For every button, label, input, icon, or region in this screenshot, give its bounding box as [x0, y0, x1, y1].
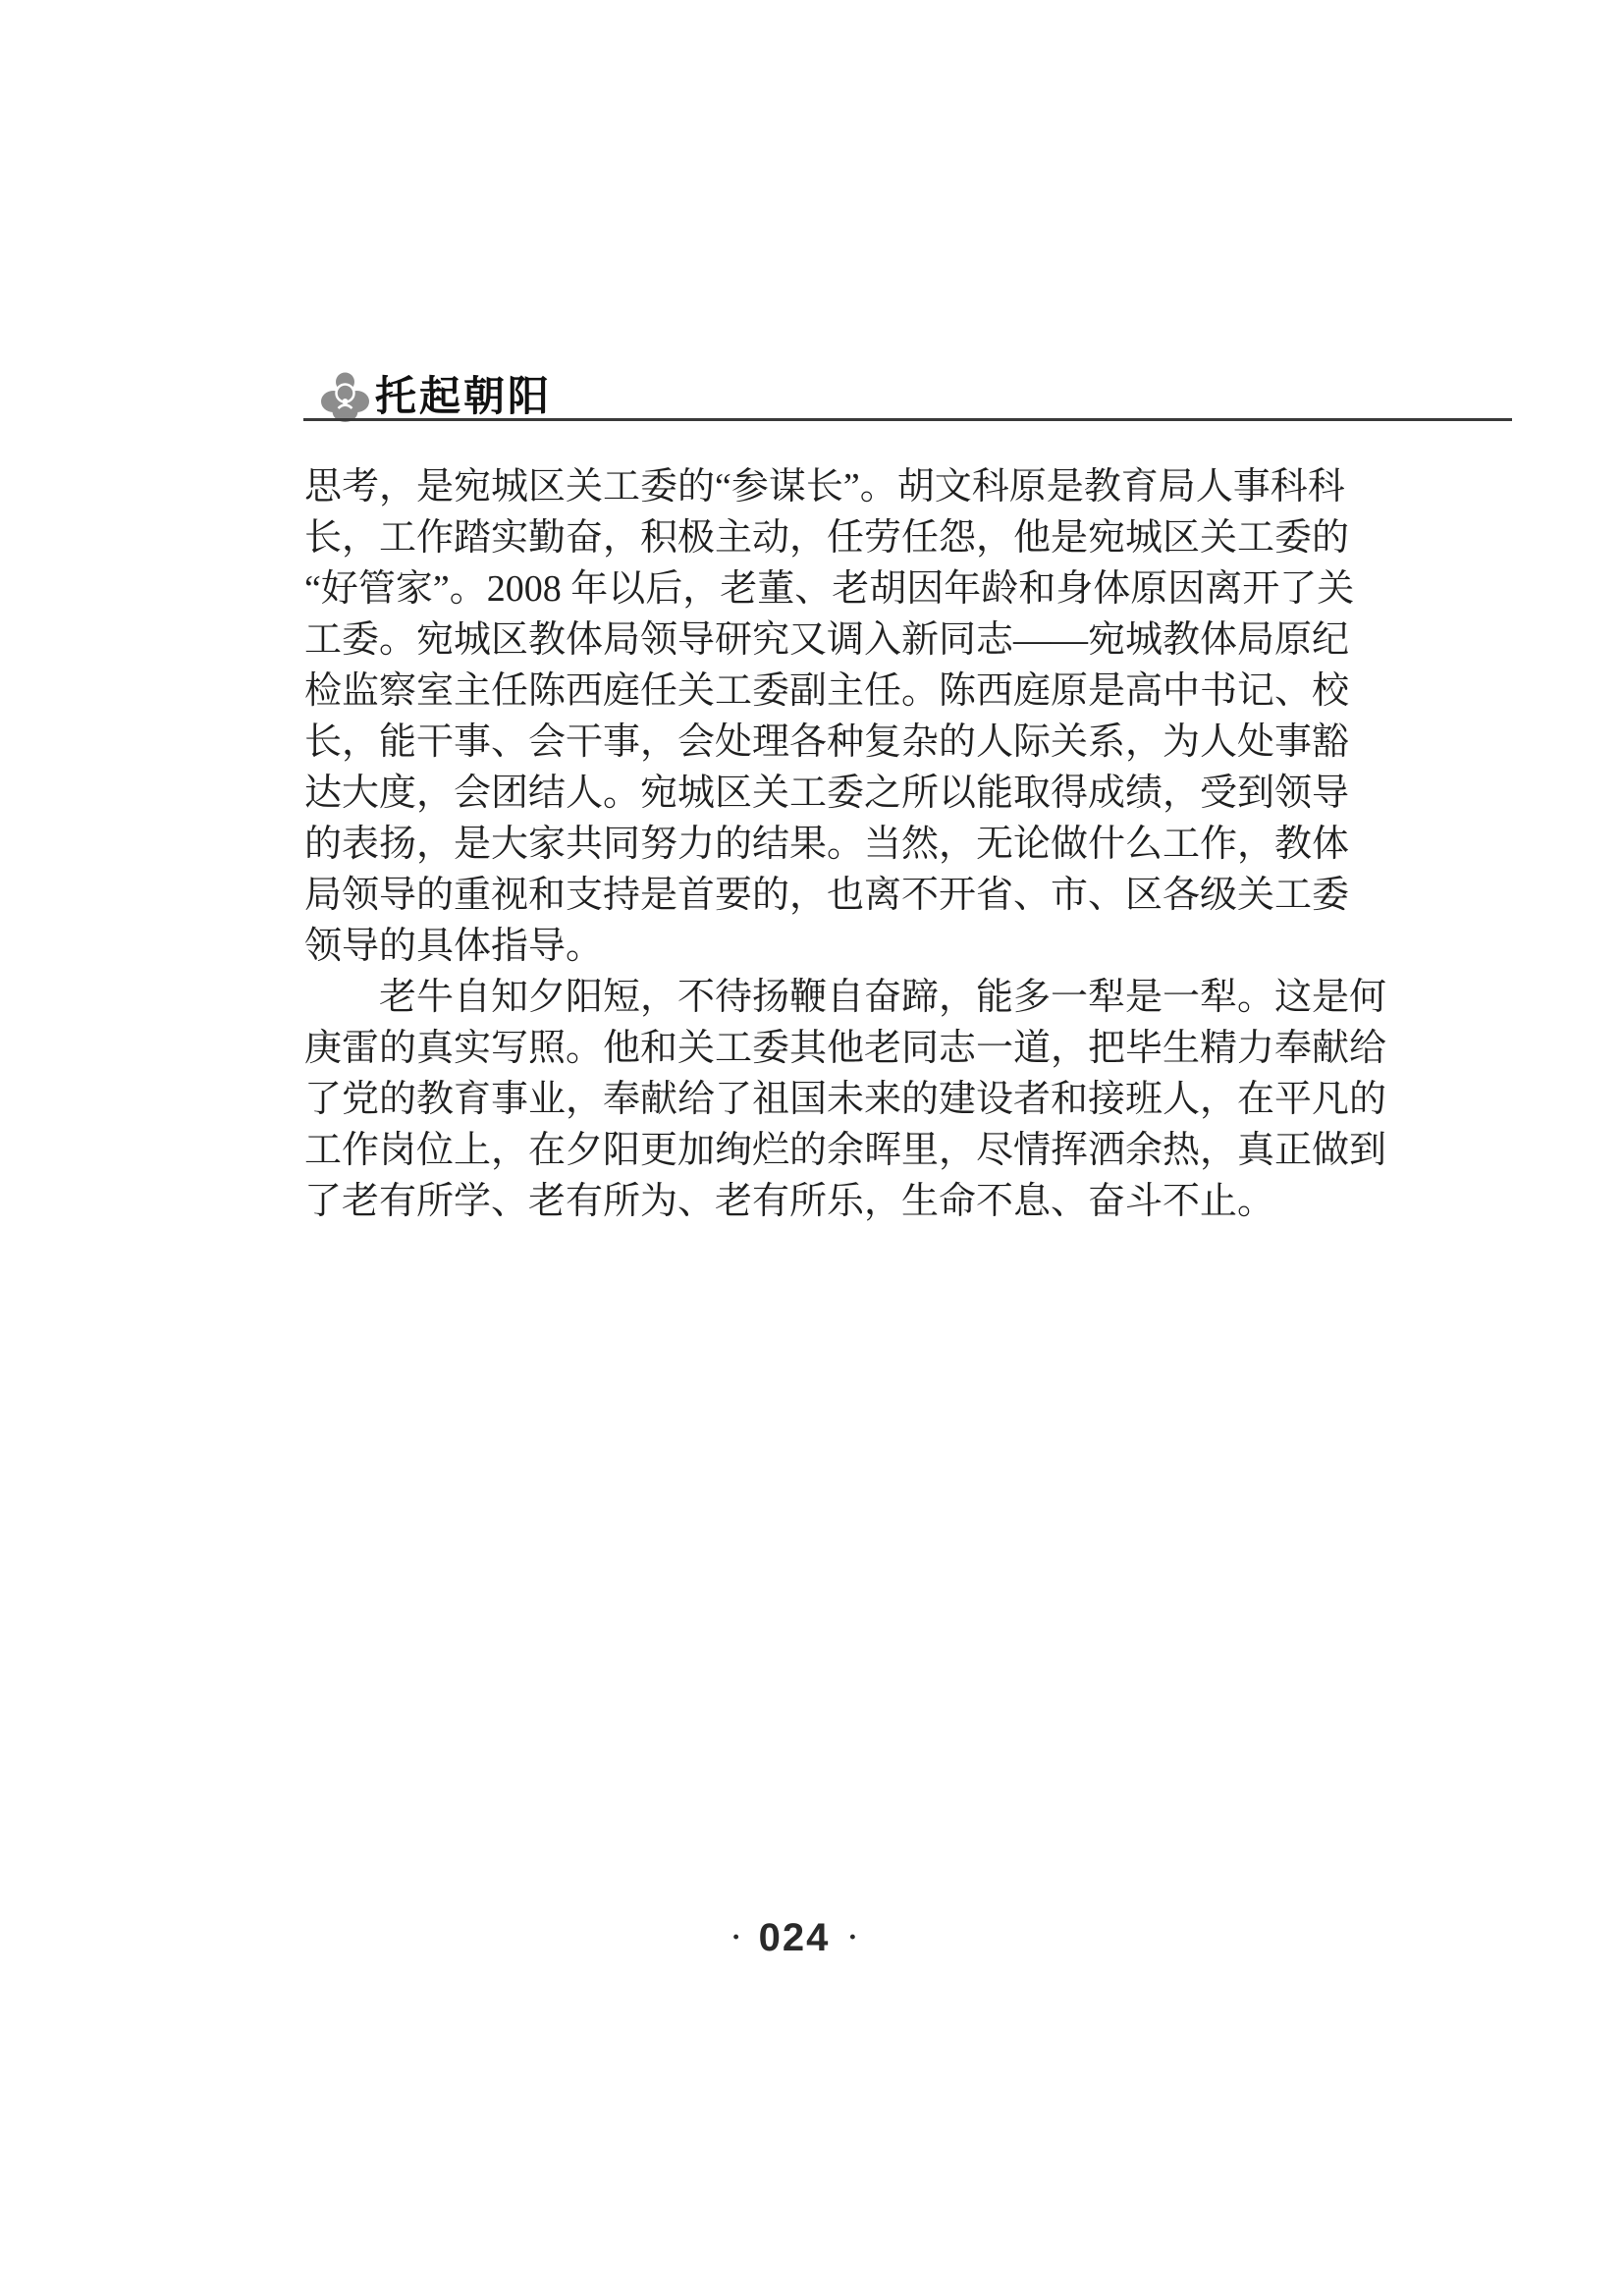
body-text: 思考，是宛城区关工委的“参谋长”。胡文科原是教育局人事科科 长，工作踏实勤奋，积… [304, 461, 1284, 1227]
page-number-right-dot: · [847, 1921, 857, 1953]
text-line: 长，能干事、会干事，会处理各种复杂的人际关系，为人处事豁 [304, 717, 1284, 768]
text-line-paragraph-end: 领导的具体指导。 [304, 921, 1284, 972]
text-line: 长，工作踏实勤奋，积极主动，任劳任怨，他是宛城区关工委的 [304, 512, 1284, 563]
page-number: 024 [759, 1916, 831, 1959]
footer-page-number: ·024· [304, 1916, 1284, 1960]
text-line: 工委。宛城区教体局领导研究又调入新同志——宛城教体局原纪 [304, 614, 1284, 666]
text-line: 思考，是宛城区关工委的“参谋长”。胡文科原是教育局人事科科 [304, 461, 1284, 512]
page-number-left-dot: · [731, 1921, 741, 1953]
text-line-paragraph-start: 老牛自知夕阳短，不待扬鞭自奋蹄，能多一犁是一犁。这是何 [304, 972, 1284, 1023]
page-header-title: 托起朝阳 [375, 376, 552, 419]
children-care-emblem-icon [321, 372, 369, 423]
text-line: 庚雷的真实写照。他和关工委其他老同志一道，把毕生精力奉献给 [304, 1023, 1284, 1074]
text-line: 了党的教育事业，奉献给了祖国未来的建设者和接班人，在平凡的 [304, 1074, 1284, 1125]
header-rule-line [303, 418, 1512, 421]
text-line: 局领导的重视和支持是首要的，也离不开省、市、区各级关工委 [304, 870, 1284, 921]
text-line-paragraph-end: 了老有所学、老有所为、老有所乐，生命不息、奋斗不止。 [304, 1176, 1284, 1227]
text-line: 的表扬，是大家共同努力的结果。当然，无论做什么工作，教体 [304, 819, 1284, 870]
text-line: “好管家”。2008 年以后，老董、老胡因年龄和身体原因离开了关 [304, 563, 1284, 614]
book-page: 托起朝阳 思考，是宛城区关工委的“参谋长”。胡文科原是教育局人事科科 长，工作踏… [0, 0, 1623, 2296]
text-line: 工作岗位上，在夕阳更加绚烂的余晖里，尽情挥洒余热，真正做到 [304, 1125, 1284, 1176]
text-line: 检监察室主任陈西庭任关工委副主任。陈西庭原是高中书记、校 [304, 666, 1284, 717]
text-line: 达大度，会团结人。宛城区关工委之所以能取得成绩，受到领导 [304, 768, 1284, 819]
